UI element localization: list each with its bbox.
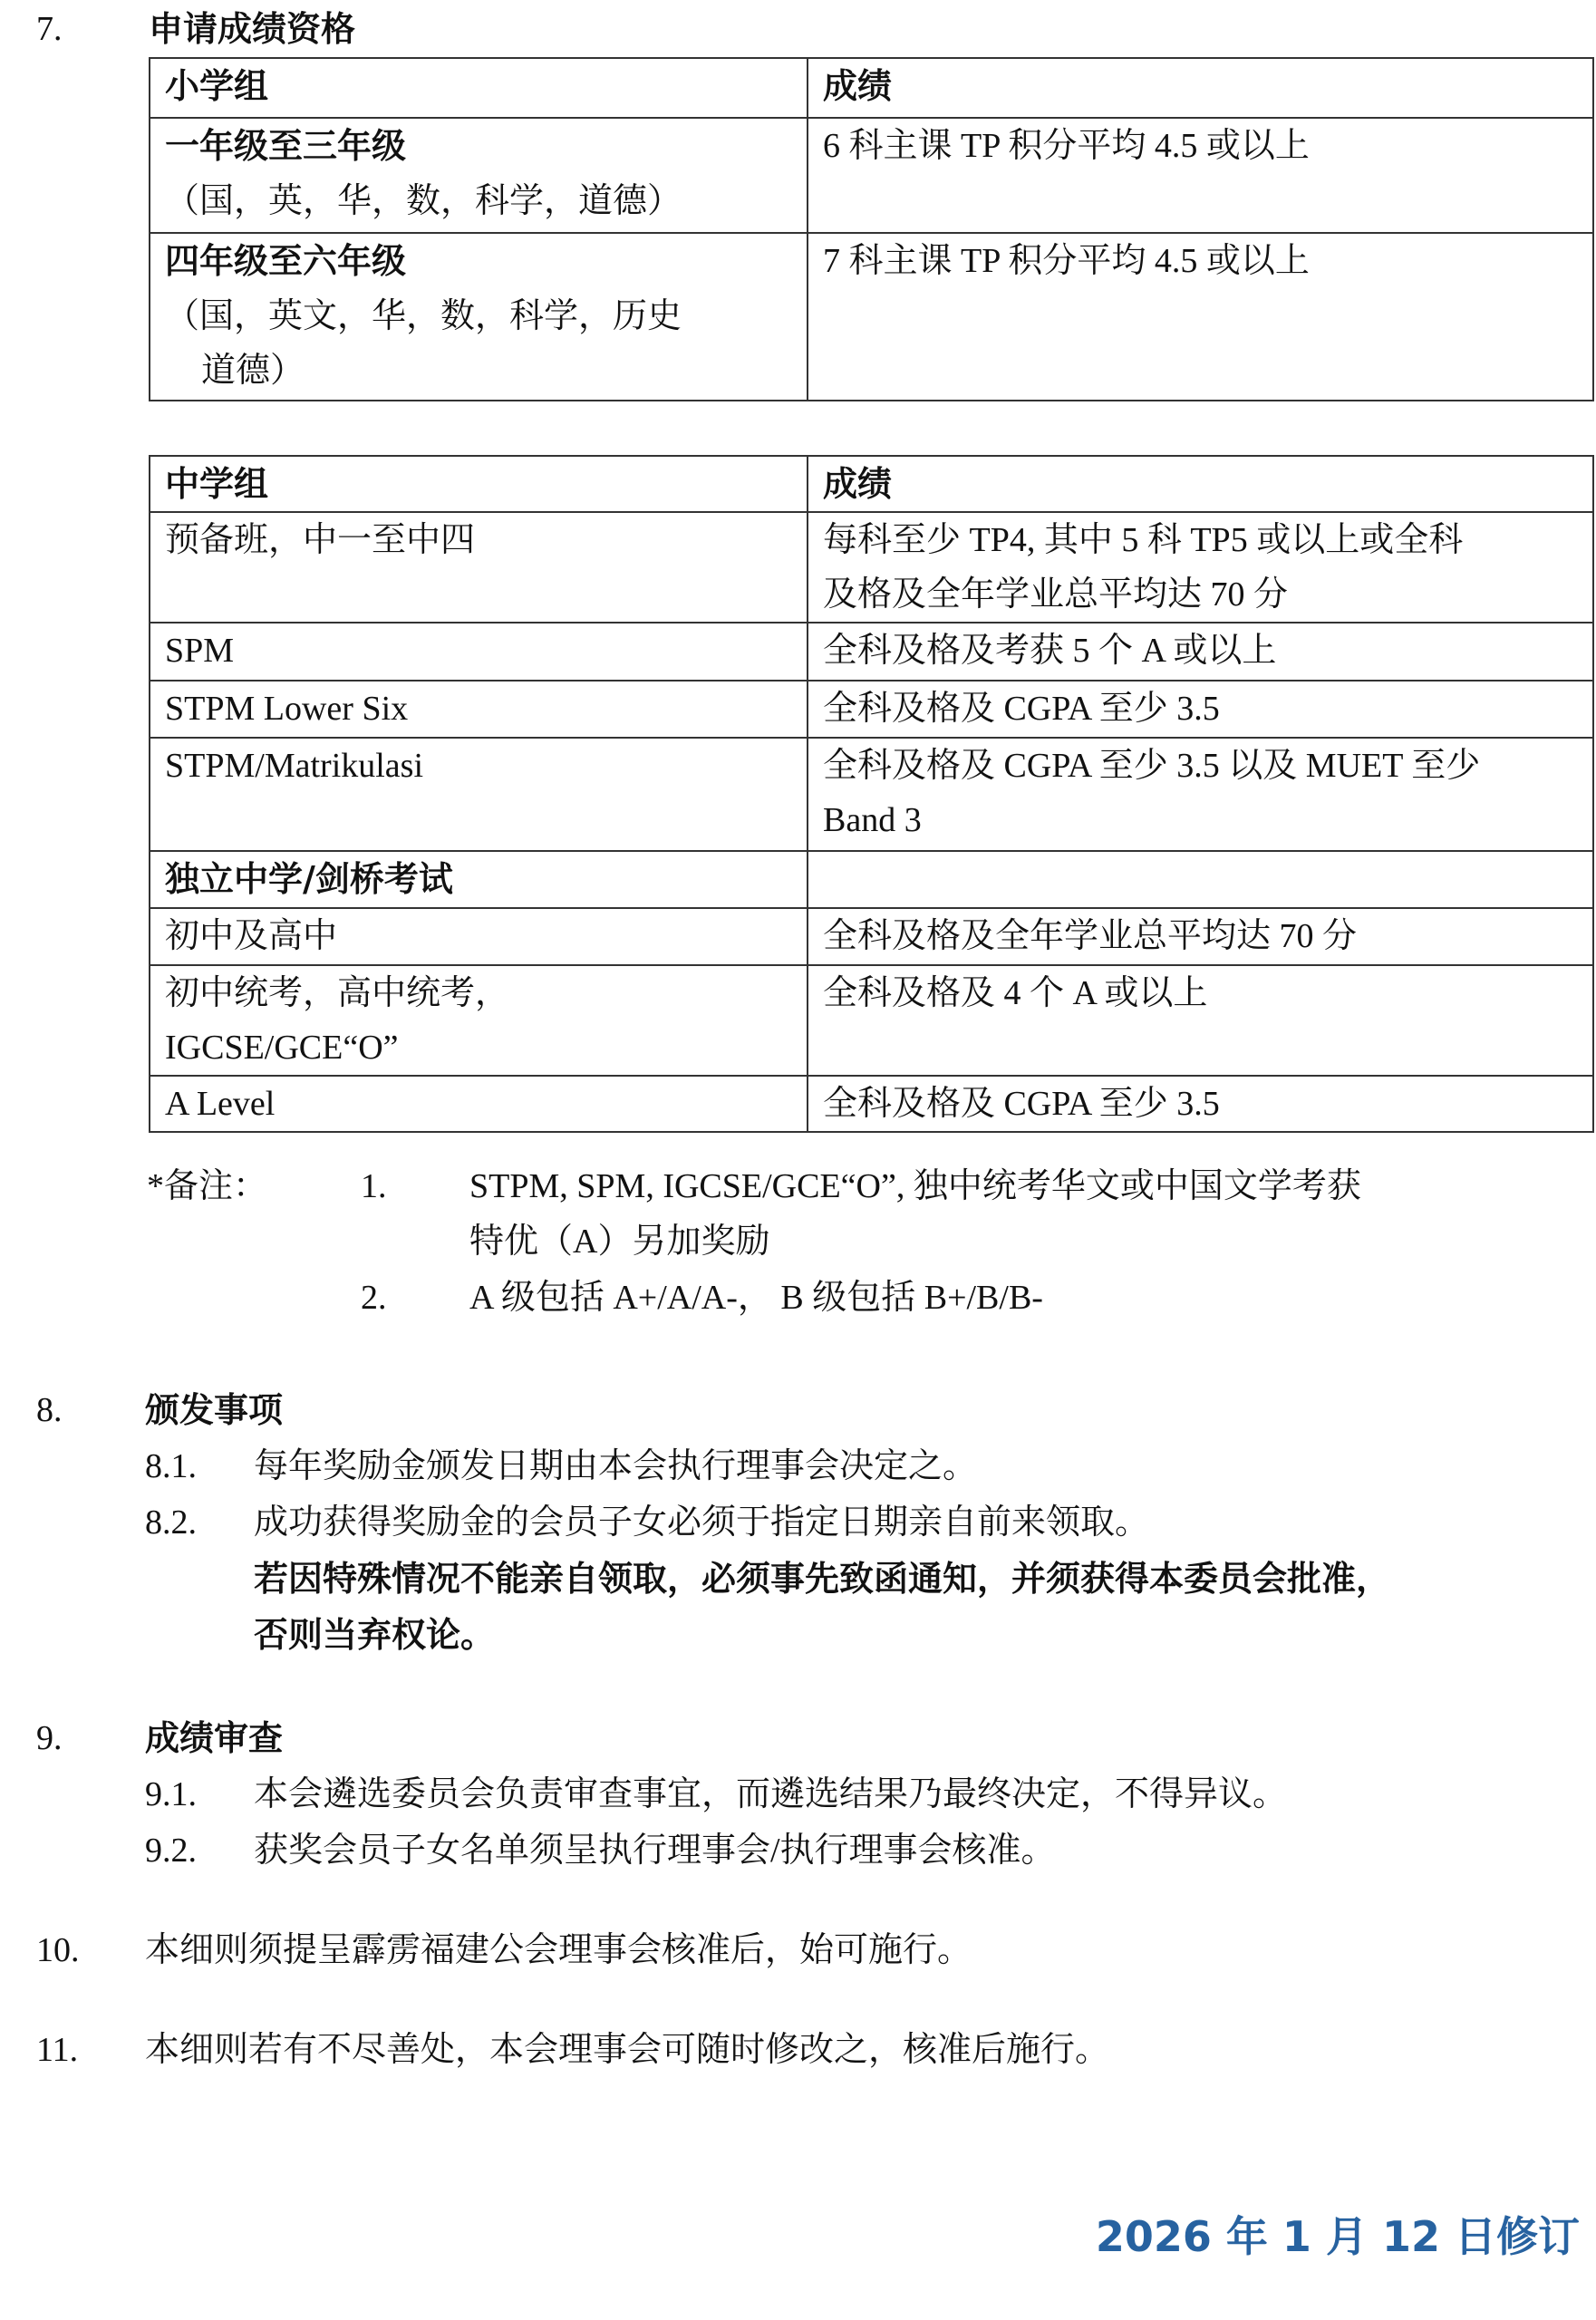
section-9-title: 成绩审查 xyxy=(145,1711,283,1765)
level-cell: STPM Lower Six xyxy=(150,681,808,738)
subjects-label: （国，英，华，数，科学，道德） xyxy=(165,182,682,220)
requirement-line: 每科至少 TP4, 其中 5 科 TP5 或以上或全科 xyxy=(823,521,1463,559)
table-row: 四年级至六年级 （国，英文，华，数，科学，历史 道德） 7 科主课 TP 积分平… xyxy=(150,233,1593,401)
table-row: SPM 全科及格及考获 5 个 A 或以上 xyxy=(150,623,1593,681)
requirement-cell: 6 科主课 TP 积分平均 4.5 或以上 xyxy=(808,118,1593,233)
level-cell: 预备班，中一至中四 xyxy=(150,512,808,623)
table-row: 预备班，中一至中四 每科至少 TP4, 其中 5 科 TP5 或以上或全科 及格… xyxy=(150,512,1593,623)
column-header-group: 中学组 xyxy=(150,456,808,512)
section-10-number: 10. xyxy=(36,1923,80,1977)
level-line: IGCSE/GCE“O” xyxy=(165,1029,399,1067)
item-8-2-bold-text: 若因特殊情况不能亲自领取，必须事先致函通知，并须获得本委员会批准， xyxy=(254,1551,1390,1606)
grade-label: 四年级至六年级 xyxy=(165,241,406,281)
primary-school-table: 小学组 成绩 一年级至三年级 （国，英，华，数，科学，道德） 6 科主课 TP … xyxy=(149,57,1594,401)
grade-label: 一年级至三年级 xyxy=(165,126,406,166)
requirement-cell: 全科及格及考获 5 个 A 或以上 xyxy=(808,623,1593,681)
item-9-1-number: 9.1. xyxy=(145,1767,197,1822)
section-9-number: 9. xyxy=(36,1711,63,1765)
note-2-text: A 级包括 A+/A/A-， B 级包括 B+/B/B- xyxy=(469,1271,1043,1325)
requirement-cell: 全科及格及 CGPA 至少 3.5 以及 MUET 至少 Band 3 xyxy=(808,738,1593,851)
item-8-2-text: 成功获得奖励金的会员子女必须于指定日期亲自前来领取。 xyxy=(254,1495,1149,1550)
section-8-title: 颁发事项 xyxy=(145,1383,283,1437)
table-header-row: 小学组 成绩 xyxy=(150,58,1593,118)
table-row: 独立中学/剑桥考试 xyxy=(150,851,1593,908)
level-cell: STPM/Matrikulasi xyxy=(150,738,808,851)
table-row: STPM Lower Six 全科及格及 CGPA 至少 3.5 xyxy=(150,681,1593,738)
notes-label: *备注： xyxy=(147,1159,267,1213)
requirement-line: 全科及格及 CGPA 至少 3.5 以及 MUET 至少 xyxy=(823,747,1480,785)
requirement-cell: 全科及格及 CGPA 至少 3.5 xyxy=(808,1076,1593,1132)
section-11-number: 11. xyxy=(36,2023,78,2077)
table-row: A Level 全科及格及 CGPA 至少 3.5 xyxy=(150,1076,1593,1132)
item-8-2-number: 8.2. xyxy=(145,1495,197,1550)
item-9-1-text: 本会遴选委员会负责审查事宜，而遴选结果乃最终决定，不得异议。 xyxy=(254,1767,1287,1822)
requirement-cell: 全科及格及 4 个 A 或以上 xyxy=(808,965,1593,1076)
item-8-1-text: 每年奖励金颁发日期由本会执行理事会决定之。 xyxy=(254,1439,977,1493)
level-cell: 初中统考，高中统考， IGCSE/GCE“O” xyxy=(150,965,808,1076)
note-2-number: 2. xyxy=(361,1271,387,1325)
note-1-text-cont: 特优（A）另加奖励 xyxy=(469,1214,769,1269)
requirement-cell: 每科至少 TP4, 其中 5 科 TP5 或以上或全科 及格及全年学业总平均达 … xyxy=(808,512,1593,623)
revision-date: 2026 年 1 月 12 日修订 xyxy=(1096,2209,1580,2264)
requirement-line: 及格及全年学业总平均达 70 分 xyxy=(823,575,1288,614)
grade-cell: 一年级至三年级 （国，英，华，数，科学，道德） xyxy=(150,118,808,233)
note-1-text: STPM, SPM, IGCSE/GCE“O”, 独中统考华文或中国文学考获 xyxy=(469,1159,1361,1213)
level-cell: A Level xyxy=(150,1076,808,1132)
subjects-label-cont: 道德） xyxy=(165,343,792,398)
table-row: 初中及高中 全科及格及全年学业总平均达 70 分 xyxy=(150,908,1593,965)
requirement-cell: 全科及格及 CGPA 至少 3.5 xyxy=(808,681,1593,738)
requirement-cell xyxy=(808,851,1593,908)
level-cell: SPM xyxy=(150,623,808,681)
table-row: 一年级至三年级 （国，英，华，数，科学，道德） 6 科主课 TP 积分平均 4.… xyxy=(150,118,1593,233)
level-line: 初中统考，高中统考， xyxy=(165,974,509,1012)
item-9-2-number: 9.2. xyxy=(145,1823,197,1878)
level-cell-subheader: 独立中学/剑桥考试 xyxy=(150,851,808,908)
table-header-row: 中学组 成绩 xyxy=(150,456,1593,512)
grade-cell: 四年级至六年级 （国，英文，华，数，科学，历史 道德） xyxy=(150,233,808,401)
item-8-2-bold-text-cont: 否则当弃权论。 xyxy=(254,1608,495,1662)
item-9-2-text: 获奖会员子女名单须呈执行理事会/执行理事会核准。 xyxy=(254,1823,1056,1878)
section-7-number: 7. xyxy=(36,2,63,56)
section-8-number: 8. xyxy=(36,1383,63,1437)
level-cell: 初中及高中 xyxy=(150,908,808,965)
section-10-text: 本细则须提呈霹雳福建公会理事会核准后，始可施行。 xyxy=(145,1923,972,1977)
column-header-group: 小学组 xyxy=(150,58,808,118)
table-row: STPM/Matrikulasi 全科及格及 CGPA 至少 3.5 以及 MU… xyxy=(150,738,1593,851)
section-11-text: 本细则若有不尽善处，本会理事会可随时修改之，核准后施行。 xyxy=(145,2023,1109,2077)
requirement-line: Band 3 xyxy=(823,801,922,839)
subjects-label: （国，英文，华，数，科学，历史 xyxy=(165,297,682,335)
section-7-title: 申请成绩资格 xyxy=(149,2,355,56)
secondary-school-table: 中学组 成绩 预备班，中一至中四 每科至少 TP4, 其中 5 科 TP5 或以… xyxy=(149,455,1594,1133)
column-header-result: 成绩 xyxy=(808,456,1593,512)
item-8-1-number: 8.1. xyxy=(145,1439,197,1493)
note-1-number: 1. xyxy=(361,1159,387,1213)
table-row: 初中统考，高中统考， IGCSE/GCE“O” 全科及格及 4 个 A 或以上 xyxy=(150,965,1593,1076)
column-header-result: 成绩 xyxy=(808,58,1593,118)
requirement-cell: 全科及格及全年学业总平均达 70 分 xyxy=(808,908,1593,965)
requirement-cell: 7 科主课 TP 积分平均 4.5 或以上 xyxy=(808,233,1593,401)
